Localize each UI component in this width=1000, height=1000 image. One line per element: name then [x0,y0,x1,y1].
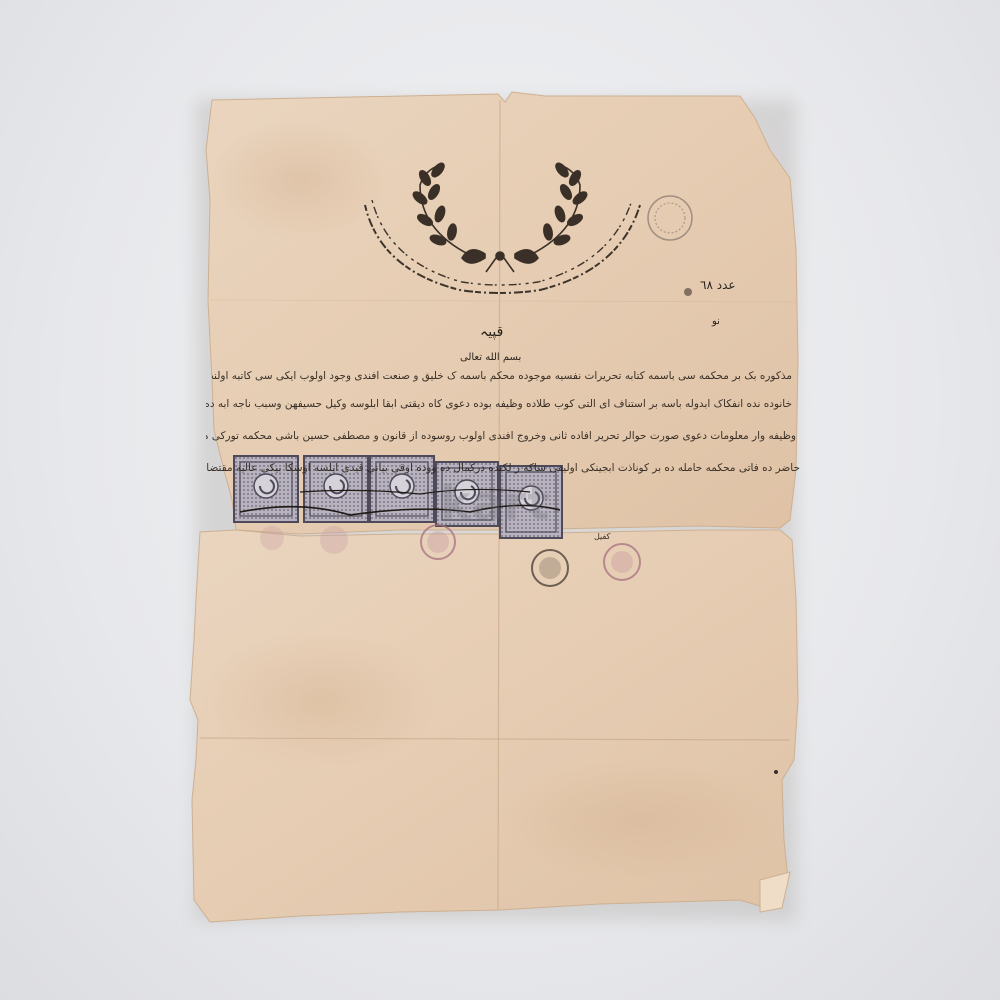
document-heading: قپیہ [480,324,503,340]
reference-value: ٦٨ [700,278,713,292]
document-subheading: بسم الله تعالی [460,352,521,363]
body-line-3: وظیفه وار معلومات دعوی صورت حوالر تحریر … [206,430,796,442]
reference-label: عدد [717,278,736,292]
watermark-text: kart [440,476,550,530]
document-text-layer: عدد ٦٨ نو قپیہ بسم الله تعالی مذکوره بک … [0,0,1000,1000]
body-line-2: خانوده نده انفکاک ابدوله باسه بر استناف … [206,398,792,410]
reference-number: عدد ٦٨ [700,278,736,292]
body-line-1: مذکوره بک بر محکمه سی باسمه کتابه تحریرا… [212,370,792,382]
seal-caption: کفیل [594,532,610,541]
photo-stage: عدد ٦٨ نو قپیہ بسم الله تعالی مذکوره بک … [0,0,1000,1000]
reference-sub: نو [712,316,720,327]
body-line-4: حاضر ده فاتی محکمه حامله ده بر کوناذت اب… [206,462,800,474]
